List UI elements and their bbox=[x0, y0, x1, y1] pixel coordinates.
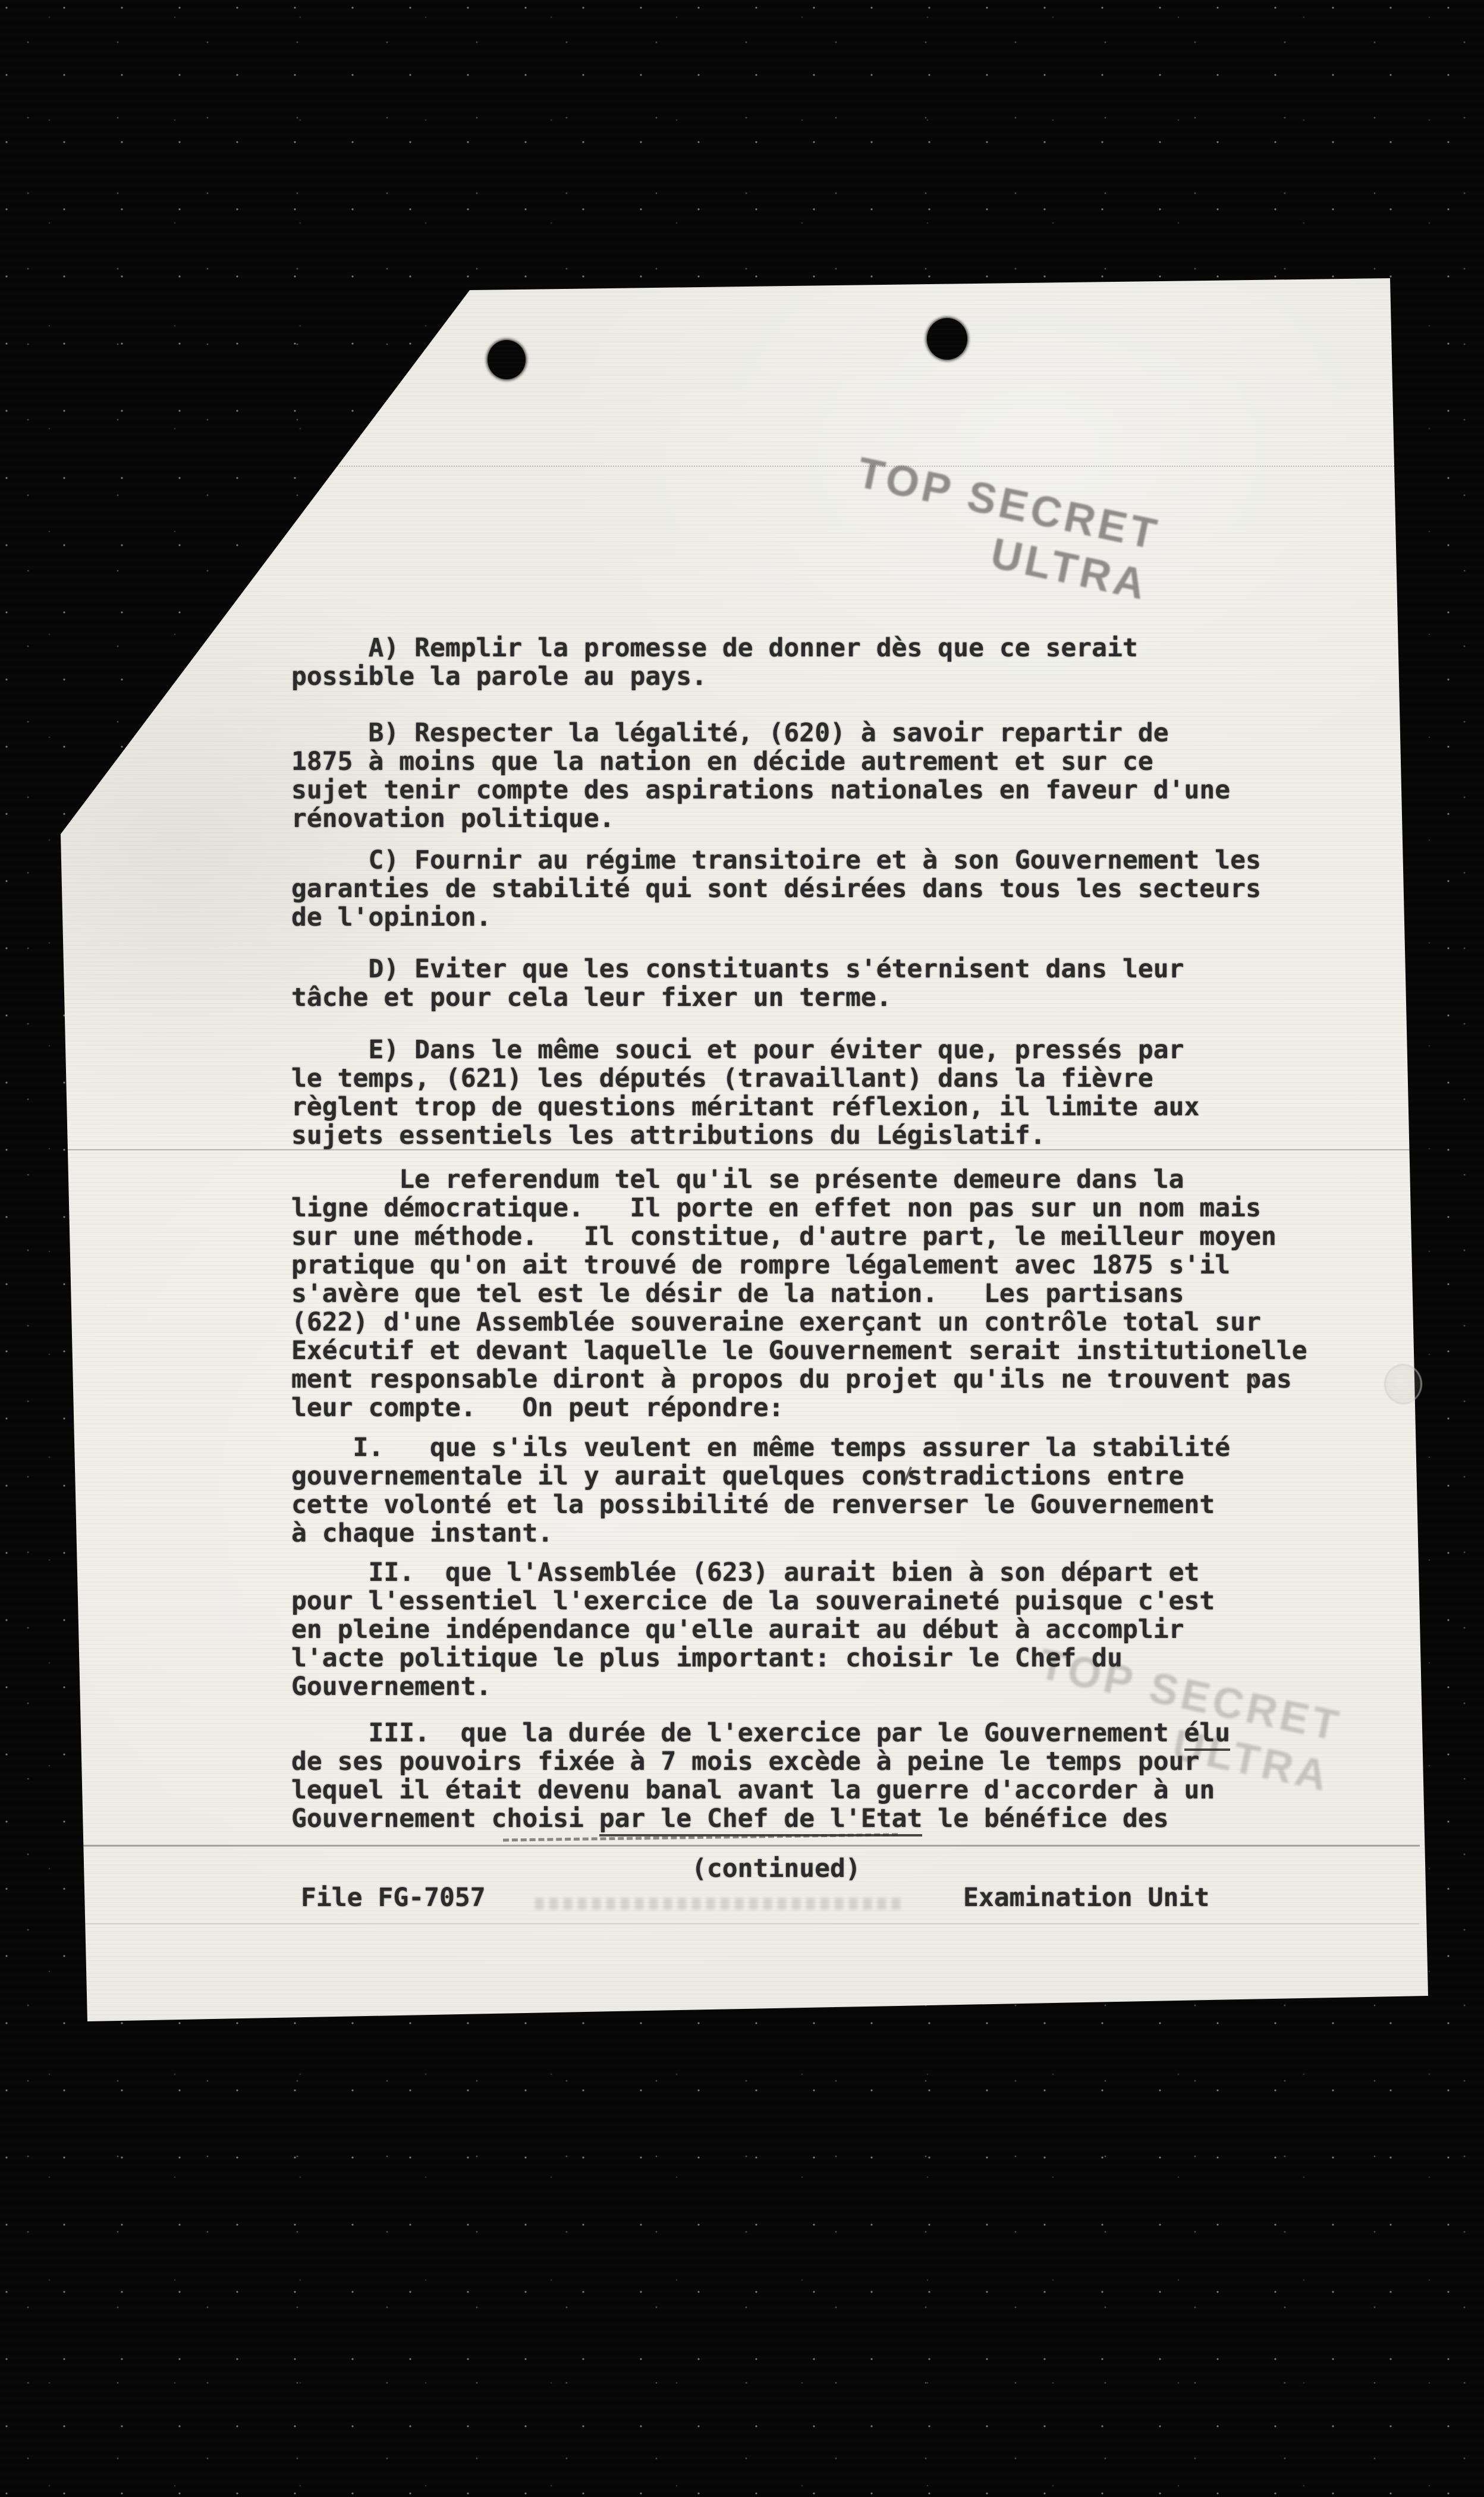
footer-examination-unit: Examination Unit bbox=[963, 1883, 1209, 1912]
text-line: Gouvernement. bbox=[291, 1672, 1215, 1701]
text-line: rénovation politique. bbox=[291, 804, 1230, 833]
text-line: ligne démocratique. Il porte en effet no… bbox=[291, 1194, 1307, 1222]
text-line: III. que la durée de l'exercice par le G… bbox=[291, 1719, 1230, 1747]
text-line: en pleine indépendance qu'elle aurait au… bbox=[291, 1615, 1215, 1644]
text-line: (622) d'une Assemblée souveraine exerçan… bbox=[291, 1308, 1307, 1336]
text-line: de ses pouvoirs fixée à 7 mois excède à … bbox=[291, 1747, 1230, 1776]
document-page: TOP SECRET ULTRA TOP SECRET ULTRA (conti… bbox=[0, 0, 1484, 2497]
embossed-seal-mark bbox=[1384, 1364, 1422, 1404]
paragraph-point-i: I. que s'ils veulent en même temps assur… bbox=[291, 1433, 1230, 1548]
text-line: gouvernementale il y aurait quelques con… bbox=[291, 1462, 1230, 1490]
paragraph-item-c: C) Fournir au régime transitoire et à so… bbox=[291, 846, 1261, 932]
text-line: s'avère que tel est le désir de la natio… bbox=[291, 1279, 1307, 1308]
text-layer: (continued) File FG-7057 Examination Uni… bbox=[0, 0, 1484, 2497]
text-line: sur une méthode. Il constitue, d'autre p… bbox=[291, 1222, 1307, 1251]
text-line: possible la parole au pays. bbox=[291, 662, 1138, 691]
ink-show-through-smudge bbox=[535, 1898, 904, 1910]
text-line: Gouvernement choisi par le Chef de l'Eta… bbox=[291, 1804, 1230, 1833]
footer-file-number: File FG-7057 bbox=[301, 1883, 486, 1912]
insertion-caret-mark: ʌ bbox=[1246, 1367, 1258, 1391]
text-line: garanties de stabilité qui sont désirées… bbox=[291, 875, 1261, 903]
text-line: l'acte politique le plus important: choi… bbox=[291, 1644, 1215, 1672]
text-line: pour l'essentiel l'exercice de la souver… bbox=[291, 1587, 1215, 1615]
text-line: lequel il était devenu banal avant la gu… bbox=[291, 1776, 1230, 1804]
paragraph-point-ii: II. que l'Assemblée (623) aurait bien à … bbox=[291, 1558, 1215, 1701]
text-line: le temps, (621) les députés (travaillant… bbox=[291, 1064, 1199, 1093]
text-line: I. que s'ils veulent en même temps assur… bbox=[291, 1433, 1230, 1462]
text-line: B) Respecter la légalité, (620) à savoir… bbox=[291, 719, 1230, 747]
scanner-background: TOP SECRET ULTRA TOP SECRET ULTRA (conti… bbox=[0, 0, 1484, 2497]
text-line: pratique qu'on ait trouvé de rompre léga… bbox=[291, 1251, 1307, 1279]
footer-continued: (continued) bbox=[691, 1854, 861, 1883]
text-line: ment responsable diront à propos du proj… bbox=[291, 1365, 1307, 1394]
paragraph-item-d: D) Eviter que les constituants s'éternis… bbox=[291, 955, 1184, 1012]
paragraph-item-e: E) Dans le même souci et pour éviter que… bbox=[291, 1036, 1199, 1150]
paragraph-referendum: Le referendum tel qu'il se présente deme… bbox=[291, 1165, 1307, 1422]
text-line: 1875 à moins que la nation en décide aut… bbox=[291, 747, 1230, 776]
text-line: à chaque instant. bbox=[291, 1519, 1230, 1548]
text-line: D) Eviter que les constituants s'éternis… bbox=[291, 955, 1184, 983]
text-line: tâche et pour cela leur fixer un terme. bbox=[291, 983, 1184, 1012]
text-line: A) Remplir la promesse de donner dès que… bbox=[291, 634, 1138, 662]
text-line: de l'opinion. bbox=[291, 903, 1261, 932]
text-line: Exécutif et devant laquelle le Gouvernem… bbox=[291, 1336, 1307, 1365]
text-line: II. que l'Assemblée (623) aurait bien à … bbox=[291, 1558, 1215, 1587]
text-line: règlent trop de questions méritant réfle… bbox=[291, 1093, 1199, 1121]
text-line: cette volonté et la possibilité de renve… bbox=[291, 1490, 1230, 1519]
paragraph-item-a: A) Remplir la promesse de donner dès que… bbox=[291, 634, 1138, 691]
text-line: Le referendum tel qu'il se présente deme… bbox=[291, 1165, 1307, 1194]
text-line: sujet tenir compte des aspirations natio… bbox=[291, 776, 1230, 804]
text-line: C) Fournir au régime transitoire et à so… bbox=[291, 846, 1261, 875]
text-line: leur compte. On peut répondre: bbox=[291, 1394, 1307, 1422]
paragraph-point-iii: III. que la durée de l'exercice par le G… bbox=[291, 1719, 1230, 1833]
text-line: sujets essentiels les attributions du Lé… bbox=[291, 1121, 1199, 1150]
paragraph-item-b: B) Respecter la légalité, (620) à savoir… bbox=[291, 719, 1230, 833]
text-line: E) Dans le même souci et pour éviter que… bbox=[291, 1036, 1199, 1064]
